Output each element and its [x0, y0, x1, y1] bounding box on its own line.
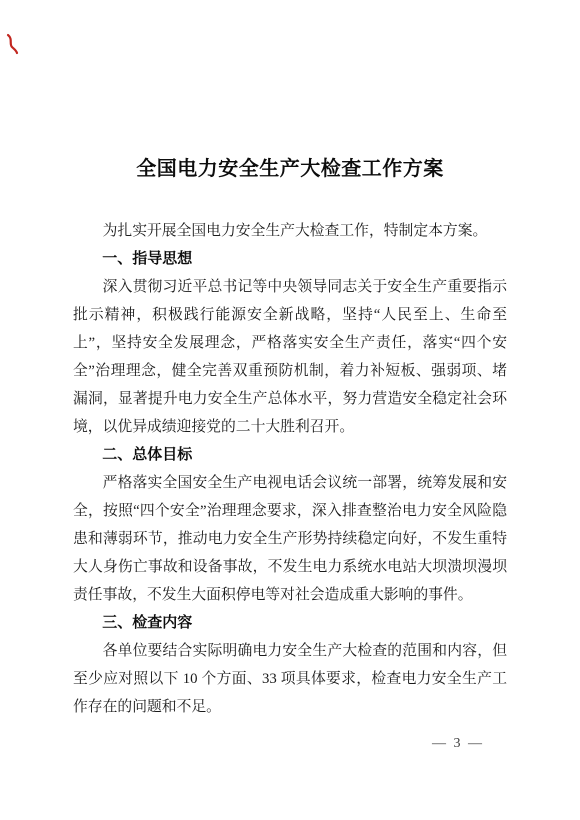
intro-paragraph: 为扎实开展全国电力安全生产大检查工作，特制定本方案。 — [73, 217, 507, 245]
paragraph-overall-goal: 严格落实全国安全生产电视电话会议统一部署，统筹发展和安全，按照“四个安全”治理理… — [73, 469, 507, 609]
document-body: 为扎实开展全国电力安全生产大检查工作，特制定本方案。 一、指导思想 深入贯彻习近… — [73, 217, 507, 721]
red-pen-scan-mark-icon — [5, 33, 19, 55]
paragraph-guiding-ideology: 深入贯彻习近平总书记等中央领导同志关于安全生产重要指示批示精神，积极践行能源安全… — [73, 273, 507, 441]
document-page: 全国电力安全生产大检查工作方案 为扎实开展全国电力安全生产大检查工作，特制定本方… — [0, 0, 580, 820]
heading-guiding-ideology: 一、指导思想 — [73, 245, 507, 273]
heading-inspection-content: 三、检查内容 — [73, 609, 507, 637]
document-title: 全国电力安全生产大检查工作方案 — [0, 153, 580, 185]
heading-overall-goal: 二、总体目标 — [73, 441, 507, 469]
paragraph-inspection-content: 各单位要结合实际明确电力安全生产大检查的范围和内容，但至少应对照以下 10 个方… — [73, 637, 507, 721]
page-number: — 3 — — [432, 736, 484, 752]
